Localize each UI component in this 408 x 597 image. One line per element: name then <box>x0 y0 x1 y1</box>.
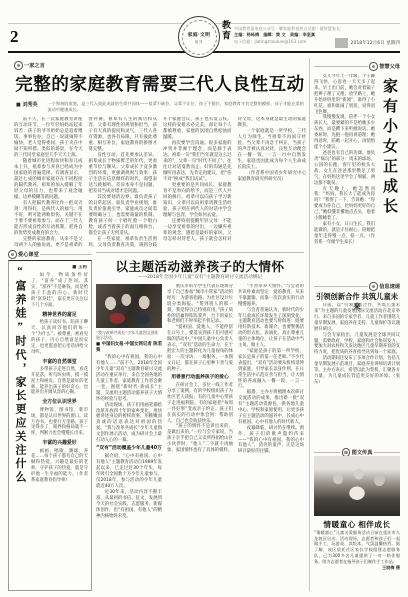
paragraph: 博物馆、图书馆、菜市场，都是认识世界的窗口。读万卷书，也要行万里路。孩子见得多了… <box>31 408 88 438</box>
paragraph: 用善意行动温养孩子的爱心 <box>167 375 233 382</box>
middle-column-3: “小善举养大情怀。”与会者的共识朴素而坚定：爱的教育，从来不靠灌输，而靠一次次真… <box>238 284 304 590</box>
left-box-body: 如今，物质条件好了，“富养”成了热词。其实，“富养”不是砸钱，而是给孩子丰盈的内… <box>31 273 88 484</box>
column-badge-icon <box>369 282 378 291</box>
paragraph: 与会者普遍认为，新时代的少年儿童成长环境发生了深刻变化，主题教育活动也要与时俱进… <box>238 308 304 349</box>
tag-rule <box>314 452 340 453</box>
paragraph: 再次要学会沟通。很多家庭的冲突并非源于理念，而是源于表达。祖辈一句“我们当年就是… <box>163 141 232 183</box>
newspaper-page: 2 家庭·文明 周刊 教育 中国教育报家庭公众号 · 聊家庭教育热点话题 · 做… <box>0 0 408 597</box>
middle-section-rule <box>96 252 304 253</box>
middle-column-2: 重庆市的小学生代表在现场分享了自己参加“城市小管家”活动的经历：为游客指路、为社… <box>167 284 233 590</box>
photo-credit: 王晓梅 摄 <box>314 565 400 571</box>
paragraph: 精神世界的富足 <box>31 312 88 319</box>
column-tag-label: 图文传真 <box>352 449 373 456</box>
left-box-article: “富养娃”时代，家长更应关注什么 ■ 王莉 如今，物质条件好了，“富养”成了热词… <box>8 260 92 591</box>
paragraph: 近30年来，活动内容不断丰富，从最初的书信、征文，发展到今天的社会实践、志愿服务… <box>96 490 162 520</box>
paragraph: “小善举养大情怀。”与会者的共识朴素而坚定：爱的教育，从来不靠灌输，而靠一次次真… <box>238 284 304 308</box>
left-box-content: ■ 王莉 如今，物质条件好了，“富养”成了热词。其实，“富养”不是砸钱，而是给孩… <box>31 265 88 587</box>
middle-col2-body: 重庆市的小学生代表在现场分享了自己参加“城市小管家”活动的经历：为游客指路、为社… <box>167 284 233 454</box>
paragraph: 活动期间还发布了多项合作计划，包括儿童早期发展示范项目、家庭养育讲师培训计划等。… <box>314 356 400 386</box>
paragraph: 重庆市的小学生代表在现场分享了自己参加“城市小管家”活动的经历：为游客指路、为社… <box>167 284 233 325</box>
tag-rule <box>314 66 368 67</box>
paragraph: “双有”活动覆盖少年儿童40万 <box>96 446 162 453</box>
masthead-title: 家庭·文明 <box>188 31 211 38</box>
main-headline: 完整的家庭教育需要三代人良性互动 <box>14 71 306 96</box>
column-tag-label: 信息速递 <box>379 283 400 290</box>
header-info: 中国教育报家庭公众号 · 聊家庭教育热点话题 · 做智慧家长 主编：杨咏梅 编辑… <box>234 26 346 45</box>
tag-rule <box>374 452 400 453</box>
column-tag-girl: 智慧父母 <box>314 62 400 71</box>
column-tag-label: 爱心课堂 <box>18 251 39 258</box>
paragraph: 丰富的自然课堂 <box>31 359 88 366</box>
left-box-byline: ■ 王莉 <box>31 265 87 271</box>
middle-subtitle: ——2018年全国少年儿童“双有”主题教育研讨交流活动侧记 <box>96 274 304 280</box>
main-byline: ■ 刘秀英 <box>16 101 37 108</box>
middle-col1-body: “我的心中有祖国，我的心中有他人……”前不久，2018年全国少年儿童“双有”主题… <box>96 355 162 519</box>
paragraph: “爱祖国、爱他人，不能停留在口号上，要落实到孩子们可感可做的活动中。”中国儿童中… <box>167 325 233 372</box>
paragraph: 据介绍，“心中有祖国、心中有他人”主题教育活动自1989年发起以来，已走过近30… <box>96 454 162 489</box>
left-box-vertical-title: “富养娃”时代，家长更应关注什么 <box>12 265 28 583</box>
tag-rule <box>314 286 368 287</box>
column-badge-icon <box>14 61 23 70</box>
main-byline-row: ■ 刘秀英 一个和谐的家庭，是三代人彼此成就的生命共同体——祖辈不缺位、父辈不让… <box>16 101 304 113</box>
girl-article: 家有小女正成长 女儿今年上一年级，个子蹿得飞快，心思也一天天多了起来。早上出门前… <box>314 74 400 278</box>
column-badge-icon <box>8 250 17 259</box>
middle-article-columns: “我与改革共成长”少年儿童图文创作展示活动。 ■ 中国妇女报·中国女网记者 陈若… <box>96 284 304 590</box>
middle-byline: ■ 中国妇女报·中国女网记者 陈若葵 <box>96 342 162 354</box>
paragraph: 丰富的兴趣爱好 <box>31 440 88 447</box>
paragraph: “孩子的情怀不是讲出来的，是做出来的。”一位与会专家说，当孩子亲手把自己义卖所得… <box>167 424 233 454</box>
paragraph: 有人把隔代教养比作一把双刃剑：用得好，是两代人的福气；用不好，则可能两败俱伤。关… <box>14 201 83 237</box>
column-tag-news: 信息速递 <box>314 282 400 291</box>
right-strip-divider <box>309 58 310 591</box>
qr-code-icon <box>335 38 348 48</box>
edition-name: 教育 <box>220 20 233 41</box>
paragraph: 夜幕降临，研讨仍在继续。窗外，孩子们的歌声隐约传来——“我的心中有祖国，我的心中… <box>238 426 304 456</box>
date-text: 2018年12月6日 星期四 <box>351 40 400 46</box>
paragraph: 全方位认识世界 <box>31 399 88 406</box>
paragraph: 在研讨会上，多位一线工作者分享了案例。有的学校组织孩子为社区老人读报，有的儿童中… <box>167 383 233 424</box>
paragraph: 日前，以“引领创新合作，共筑儿童未来”为主题的儿童发展国际交流活动在北京举行。来… <box>314 303 400 333</box>
header-email-line: 电子信箱：jiatingzhoukan@163.com <box>234 39 346 45</box>
middle-col3-body: “小善举养大情怀。”与会者的共识朴素而坚定：爱的教育，从来不靠灌输，而靠一次次真… <box>238 284 304 455</box>
volunteers-children-photo <box>314 456 400 516</box>
paragraph: 据悉，主办方将梳理本次研讨交流活动的成果，推出新一批“双有”主题活动资源包，供各… <box>238 390 304 425</box>
paragraph: 活动现场，孩子们用画笔描绘改革开放四十年的家乡变化，用快板讲述身边的榜样故事，用… <box>96 403 162 444</box>
paragraph: 随着城市化进程加快和育儿成本上升，祖辈参与养育已经成为中国家庭的普遍选择。有调查… <box>14 159 83 201</box>
middle-column-1: “我与改革共成长”少年儿童图文创作展示活动。 ■ 中国妇女报·中国女网记者 陈若… <box>96 284 162 590</box>
masthead-seal: 家庭·文明 周刊 <box>178 16 220 58</box>
photo-caption: “我与改革共成长”少年儿童图文创作展示活动。 <box>96 330 162 340</box>
header-date: 2018年12月6日 星期四 <box>335 38 400 48</box>
paragraph: 前不久，在一次家庭教育讲座的互动环节，一位年轻妈妈站起来诉苦：孩子的爷爷奶奶总是… <box>14 117 83 159</box>
photo-story-text: “情暖童心”儿童关爱服务活动日前在重庆市九龙坡区启动。活动现场，志愿者和孩子们一… <box>314 530 400 564</box>
paragraph: 给孩子读好书，陪孩子聊天，认真回答他们的每一个“为什么”。被尊重、被看见的孩子，… <box>31 320 88 356</box>
children-activity-photo <box>96 284 162 328</box>
paragraph: 一个家庭就是一所学校，三代人互为师生。当祖辈不再固守经验，当父辈不再急于纠正，当… <box>238 129 307 171</box>
column-tag-label: 一家之言 <box>24 62 45 69</box>
paragraph: 与会专家指出，儿童发展是全球共同议题，需要政府、学校、家庭和社会协同发力。要加大… <box>314 333 400 357</box>
news-article-body: 日前，以“引领创新合作，共筑儿童未来”为主题的儿童发展国际交流活动在北京举行。来… <box>314 303 400 445</box>
paragraph: “家庭是孩子的第一所学校，家长是孩子的第一任老师。”不少代表提出，“双有”活动要… <box>238 349 304 390</box>
column-badge-icon <box>369 62 378 71</box>
masthead-subtitle: 周刊 <box>195 39 203 44</box>
page-number: 2 <box>10 27 19 47</box>
paragraph: 画画、唱歌、踢球、养花……每个孩子都有自己的天赋和热爱。兴趣是最好的老师，守护孩… <box>31 449 88 485</box>
column-tag-main: 一家之言 <box>14 61 84 70</box>
paragraph: （作者系中国青少年研究中心家庭教育研究所研究员） <box>238 171 307 183</box>
photo-story-caption: “情暖童心”儿童关爱服务活动日前在重庆市九龙坡区启动。活动现场，志愿者和孩子们一… <box>314 530 400 590</box>
main-article-body: 前不久，在一次家庭教育讲座的互动环节，一位年轻妈妈站起来诉苦：孩子的爷爷奶奶总是… <box>14 117 306 250</box>
paragraph: 多带孩子走进自然，看花开花落，听鸟叫虫鸣，摸一摸泥土和树皮。自然是最好的老师，能… <box>31 367 88 397</box>
column-tag-label: 智慧父母 <box>379 63 400 70</box>
column-tag-left: 爱心课堂 <box>8 250 92 259</box>
paragraph: 良性互动，首先要承认差异。祖辈成长于物质匮乏的年代，更看重节俭与顺从；父辈成长于… <box>89 153 158 195</box>
photo-story-title: 情暖童心 相伴成长 <box>314 519 400 530</box>
paragraph: 其次要划清边界。谁负责孩子的日常起居，谁负责学业规划，谁负责价值观引导，家庭成员… <box>89 195 158 237</box>
paragraph: “我的心中有祖国，我的心中有他人……”前不久，2018年全国少年儿童“双有”主题… <box>96 355 162 402</box>
middle-headline: 以主题活动滋养孩子的大情怀 <box>96 257 304 275</box>
paragraph: 更重要的是共同成长。家庭教育不是单向的给予，而是三代人共同的修行。祖辈可以向孩子… <box>163 183 232 219</box>
tag-rule <box>40 254 92 255</box>
paragraph: 如今，物质条件好了，“富养”成了热词。其实，“富养”不是砸钱，而是给孩子丰盈的内… <box>31 273 88 309</box>
main-intro: 一个和谐的家庭，是三代人彼此成就的生命共同体——祖辈不缺位、父辈不让位、孩子不错… <box>47 101 304 113</box>
girl-vertical-headline: 家有小女正成长 <box>379 78 400 250</box>
